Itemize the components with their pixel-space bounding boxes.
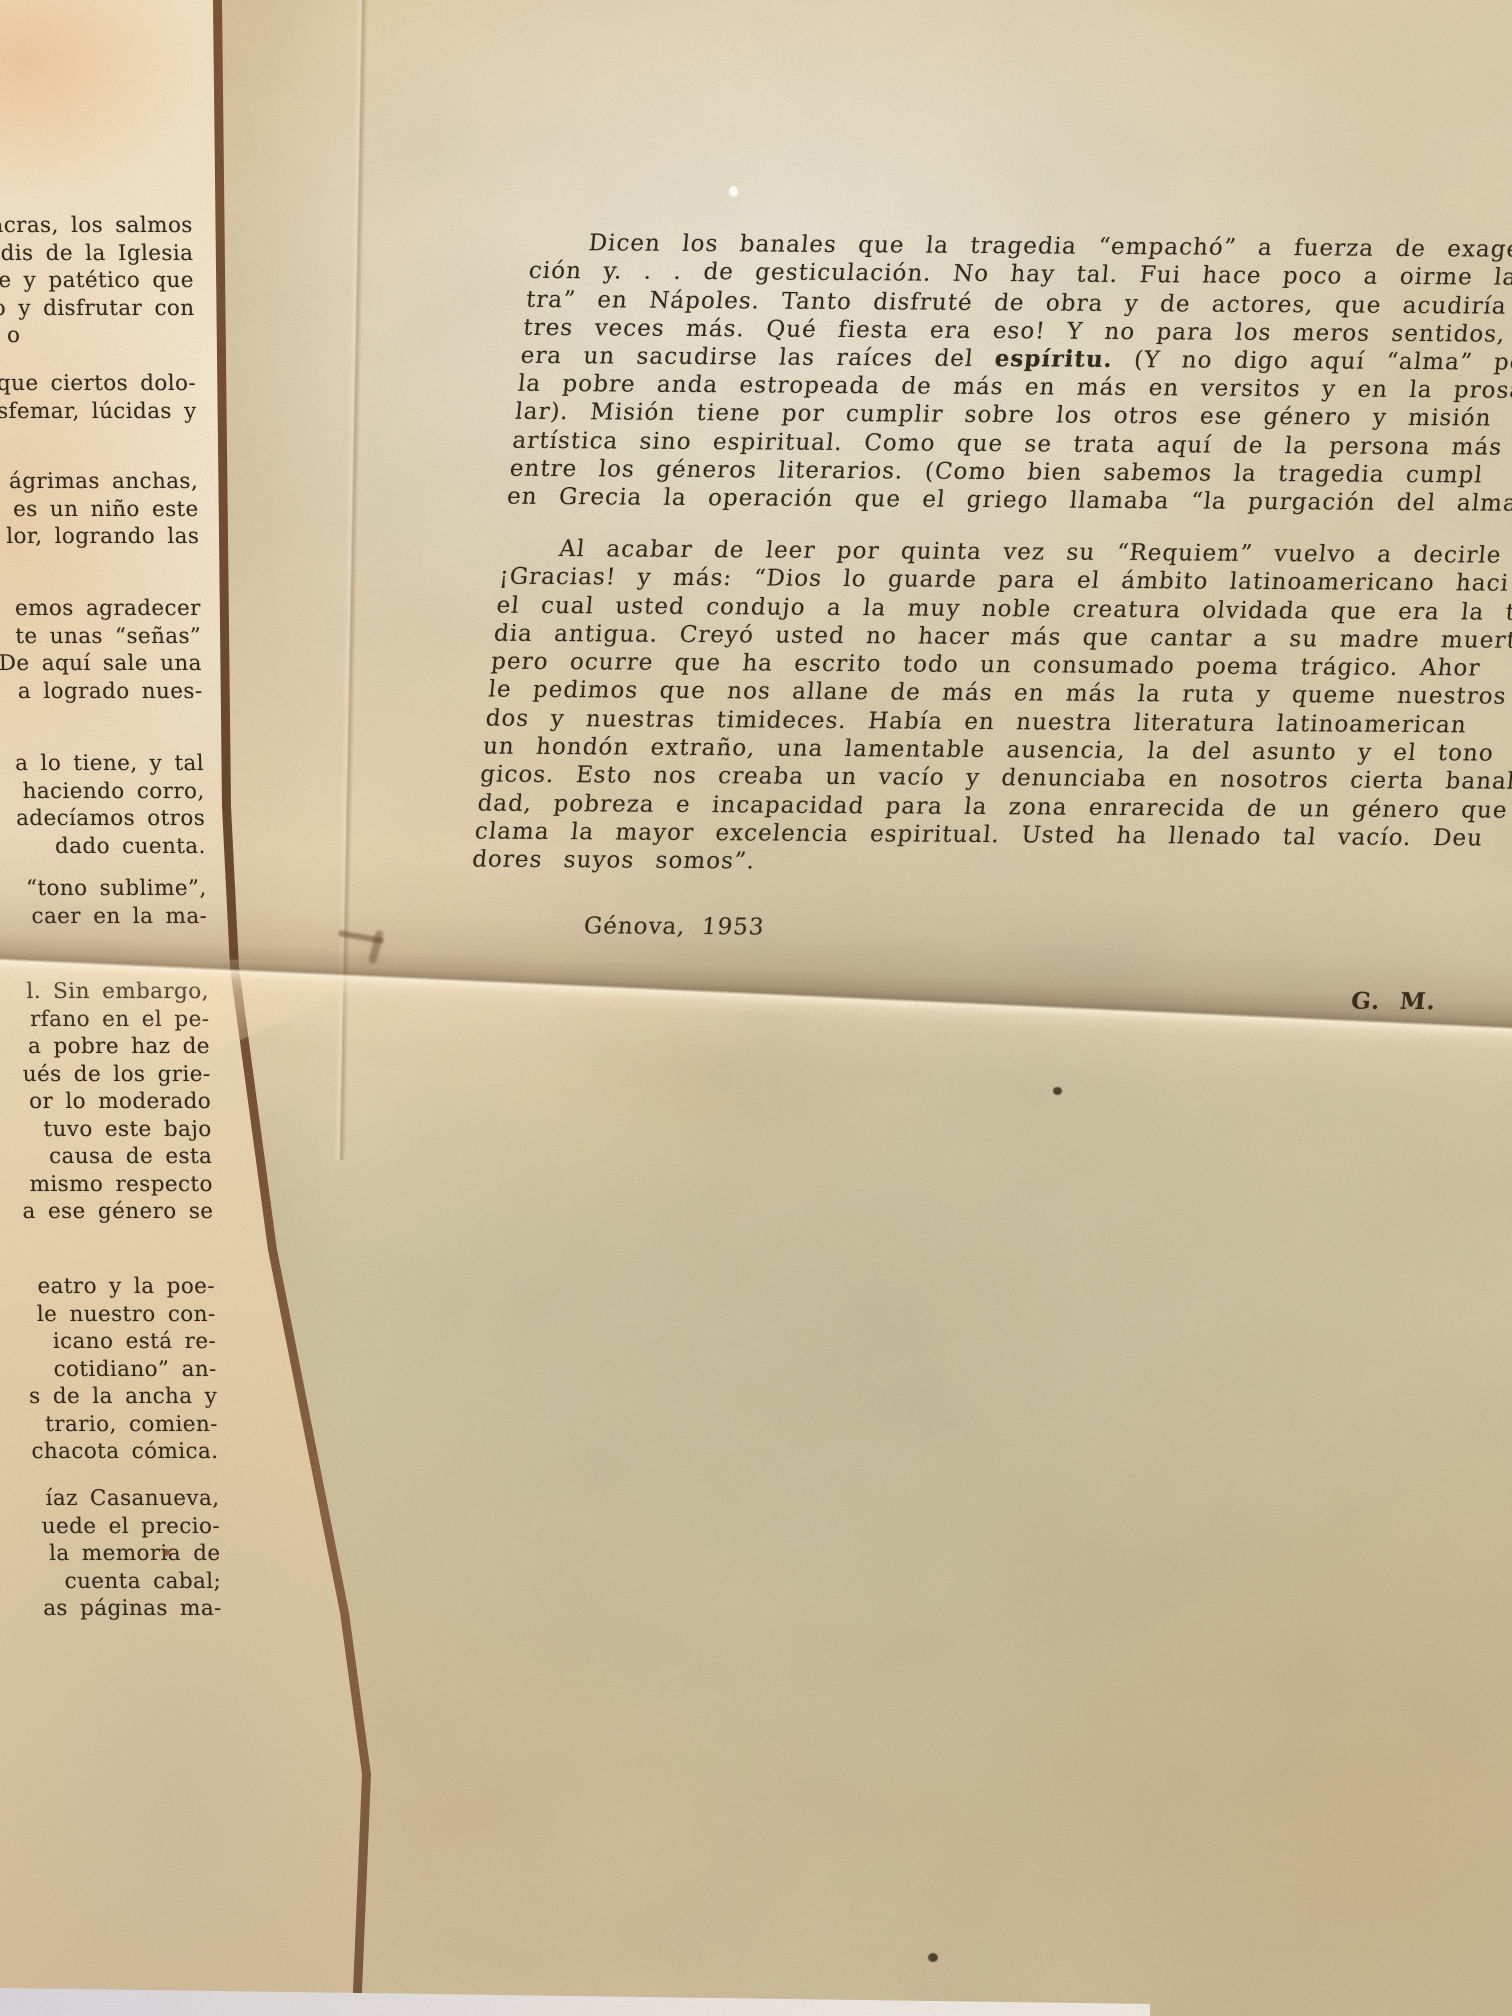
text-line: íaz Casanueva, — [31, 1485, 220, 1513]
left-column-fragment: emos agradecerte unas “señas”De aquí sal… — [12, 595, 202, 705]
text-line: tuvo este bajo — [23, 1116, 212, 1144]
left-column-fragment: ágrimas anchas,es un niño estelor, logra… — [10, 468, 200, 551]
paragraph-1-start: Dicen los banales que la tragedia “empac… — [522, 229, 1512, 350]
text-line: chacota cómica. — [30, 1438, 219, 1466]
text-line: icano está re- — [28, 1328, 217, 1356]
text-line: De aquí sale una — [14, 650, 203, 678]
left-column-fragment: “tono sublime”,caer en la ma- — [18, 875, 207, 930]
text-line: o y disfrutar con — [6, 295, 195, 323]
text-line: uede el precio- — [32, 1513, 221, 1541]
dateline: Génova, 1953 — [583, 913, 766, 940]
text-line: adecíamos otros — [17, 805, 206, 833]
text-line: haciendo corro, — [16, 778, 205, 806]
text-line: la memoria de — [32, 1540, 221, 1568]
left-column-fragment: íaz Casanueva,uede el precio-la memoria … — [31, 1485, 222, 1623]
paper-speck — [1053, 1087, 1062, 1095]
left-column-fragment: l. Sin embargo,rfano en el pe-a pobre ha… — [20, 978, 213, 1226]
text-line: a lo tiene, y tal — [16, 750, 205, 778]
text-line: cotidiano” an- — [28, 1356, 217, 1384]
text-line: ués de los grie- — [22, 1061, 211, 1089]
text-line: cuenta cabal; — [33, 1568, 222, 1596]
bold-word: espíritu. — [994, 345, 1115, 373]
line-text: (Y no digo aquí “alma” porqu — [1112, 347, 1512, 376]
text-line: emos agradecer — [12, 595, 201, 623]
text-line: trario, comien- — [30, 1411, 219, 1439]
text-line: le y patético que — [6, 267, 195, 295]
text-line: que ciertos dolo- — [8, 370, 197, 398]
text-line: or lo moderado — [23, 1088, 212, 1116]
left-column-fragment: a lo tiene, y talhaciendo corro,adecíamo… — [16, 750, 206, 860]
text-line: ndis de la Iglesia — [5, 240, 194, 268]
paragraph-2: Al acabar de leer por quinta vez su “Req… — [471, 535, 1512, 882]
text-line: le nuestro con- — [27, 1301, 216, 1329]
text-line: ágrimas anchas, — [10, 468, 199, 496]
text-line: a pobre haz de — [22, 1033, 211, 1061]
text-line: s de la ancha y — [29, 1383, 218, 1411]
paper-fleck — [729, 186, 738, 197]
text-line: a ese género se — [25, 1198, 214, 1226]
photo-of-folded-document: sacras, los salmosndis de la Iglesiale y… — [0, 0, 1512, 2016]
text-line: sfemar, lúcidas y — [8, 398, 197, 426]
text-line: “tono sublime”, — [18, 875, 207, 903]
main-text-column: Dicen los banales que la tragedia “empac… — [361, 0, 1512, 2016]
signature-initials: G. M. — [1350, 988, 1438, 1016]
text-line: mismo respecto — [25, 1171, 214, 1199]
left-column-fragment: sacras, los salmosndis de la Iglesiale y… — [4, 212, 195, 350]
text-line: rfano en el pe- — [21, 1006, 210, 1034]
paper-speck — [928, 1953, 938, 1962]
text-line: o — [7, 322, 196, 350]
paragraph-1-rest: la pobre anda estropeada de más en más e… — [506, 370, 1512, 519]
text-line: eatro y la poe- — [27, 1273, 216, 1301]
line-text: era un sacudirse las raíces del — [519, 343, 996, 372]
text-line: sacras, los salmos — [4, 212, 193, 240]
text-line: l. Sin embargo, — [20, 978, 209, 1006]
left-column-fragment: eatro y la poe-le nuestro con-icano está… — [27, 1273, 219, 1466]
text-line: causa de esta — [24, 1143, 213, 1171]
left-column-fragment: que ciertos dolo-sfemar, lúcidas y — [8, 370, 197, 425]
text-line: dado cuenta. — [17, 833, 206, 861]
text-line: a logrado nues- — [14, 678, 203, 706]
text-line: es un niño este — [10, 496, 199, 524]
text-line: caer en la ma- — [19, 903, 208, 931]
text-line: as páginas ma- — [33, 1595, 222, 1623]
text-line: te unas “señas” — [13, 623, 202, 651]
text-line: lor, logrando las — [11, 523, 200, 551]
text-line: en Grecia la operación que el griego lla… — [506, 483, 1512, 519]
paper-speck — [163, 1549, 170, 1556]
